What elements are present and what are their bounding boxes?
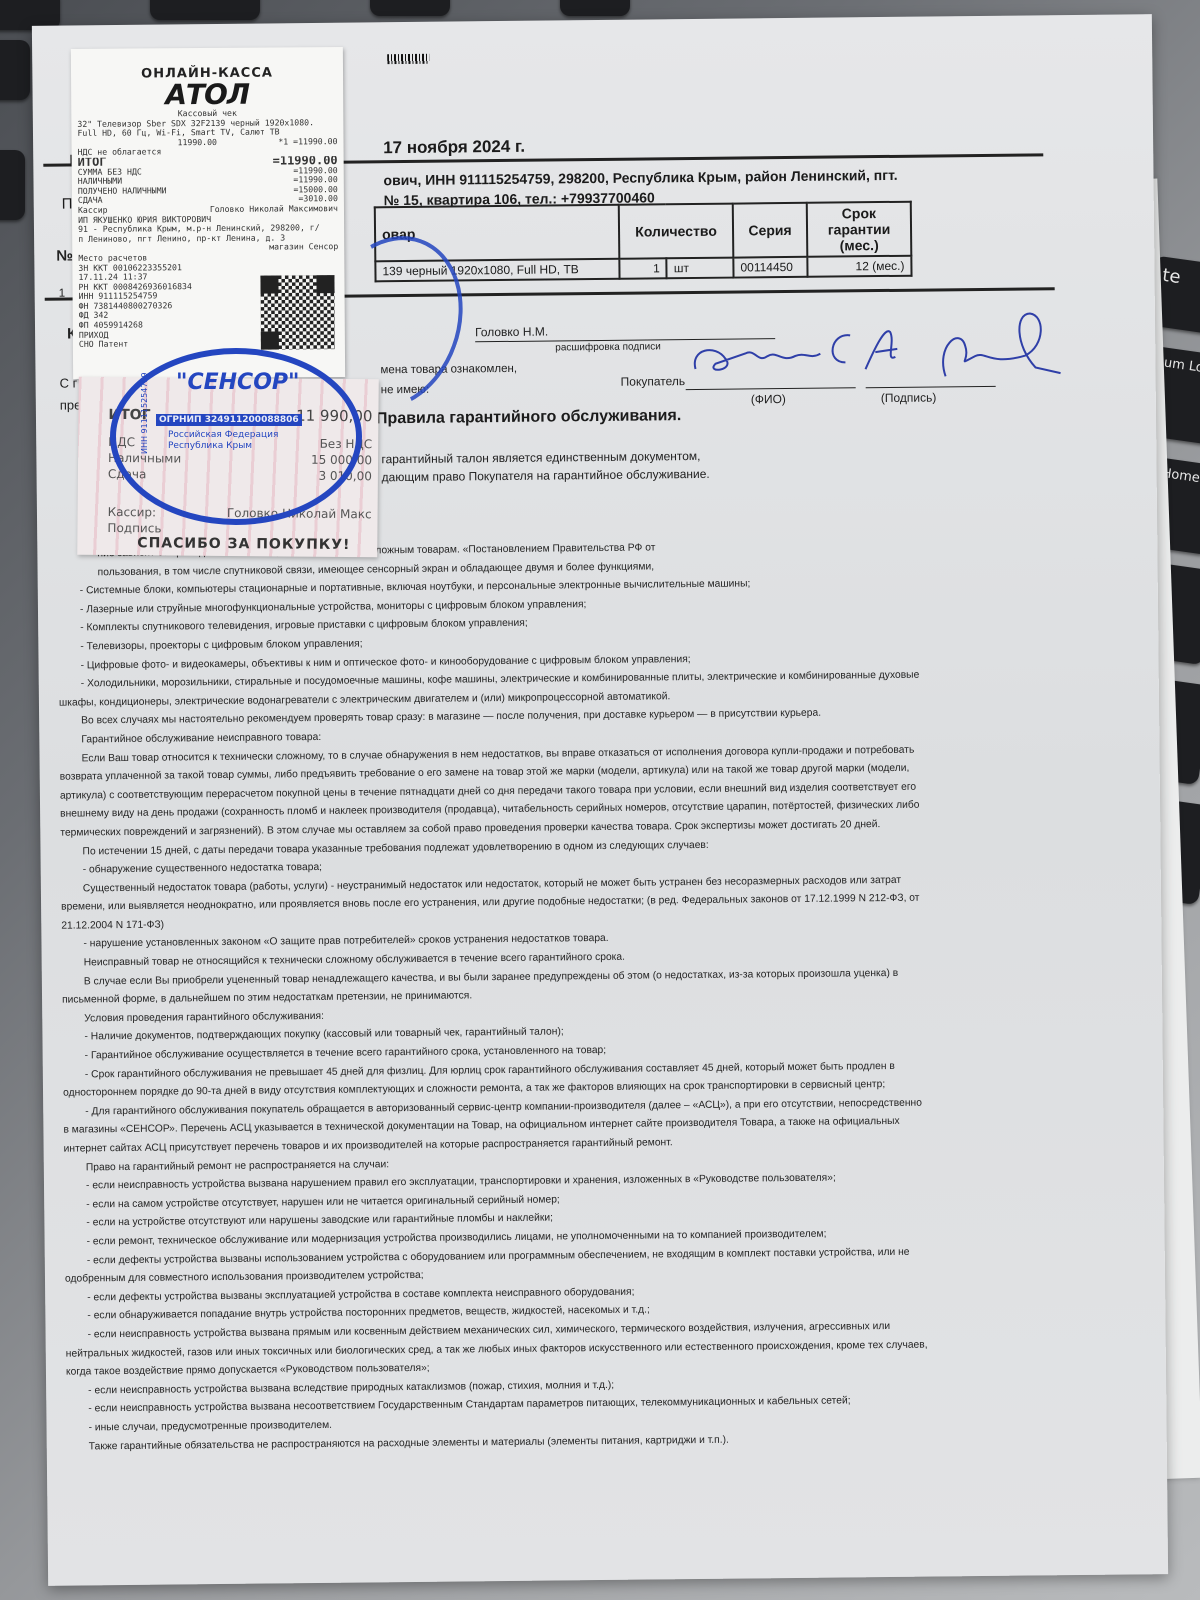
keyboard-key bbox=[0, 40, 30, 100]
seller-signature-caption: расшифровка подписи bbox=[555, 341, 661, 353]
stamp-brand: "СЕНСОР" bbox=[176, 370, 299, 395]
receipt-payment-rows: СУММА БЕЗ НДС=11990.00НАЛИЧНЫМИ=11990.00… bbox=[72, 166, 344, 206]
signature-caption: (Подпись) bbox=[881, 390, 937, 405]
rules-intro-line1: гарантийный талон является единственным … bbox=[381, 449, 700, 466]
barcode bbox=[387, 54, 429, 64]
buyer-handwritten-signature bbox=[685, 305, 1066, 389]
keyboard-key bbox=[560, 0, 630, 16]
thanks-message: СПАСИБО ЗА ПОКУПКУ! bbox=[137, 535, 350, 553]
stamp-region: Российская Федерация Республика Крым bbox=[168, 430, 278, 452]
goods-table-header: овар Количество Серия Срок гарантии (мес… bbox=[375, 202, 912, 262]
receipt-item-price-row: 11990.00 *1 =11990.00 bbox=[71, 137, 343, 148]
buyer-label: Покупатель bbox=[621, 374, 686, 389]
table-row-num: 1 bbox=[59, 288, 66, 300]
col-warranty: Срок гарантии (мес.) bbox=[807, 202, 912, 257]
cash-receipt: ОНЛАЙН-КАССА АТОЛ Кассовый чек 32" Телев… bbox=[71, 47, 345, 379]
warranty-rules-body: ние зависит от принадлежности аппарата к… bbox=[57, 535, 1106, 1457]
col-serial: Серия bbox=[733, 203, 808, 258]
rules-intro-line2: дающим право Покупателя на гарантийное о… bbox=[382, 467, 710, 484]
atol-logo: АТОЛ bbox=[71, 80, 343, 110]
keyboard-key bbox=[0, 150, 25, 220]
col-quantity: Количество bbox=[619, 204, 734, 259]
store-stamp: "СЕНСОР" ОГРНИП 324911200088806 Российск… bbox=[110, 348, 362, 525]
fio-caption: (ФИО) bbox=[751, 392, 786, 406]
stamp-ogrnip: ОГРНИП 324911200088806 bbox=[156, 414, 302, 426]
keyboard-key bbox=[370, 0, 450, 16]
keyboard-key bbox=[150, 0, 260, 20]
document-date: 17 ноября 2024 г. bbox=[383, 137, 525, 158]
rules-title: Правила гарантийного обслуживания. bbox=[376, 407, 681, 428]
table-num-header: № bbox=[56, 247, 73, 264]
stamp-inn: ИНН 911115254759 bbox=[140, 372, 149, 454]
